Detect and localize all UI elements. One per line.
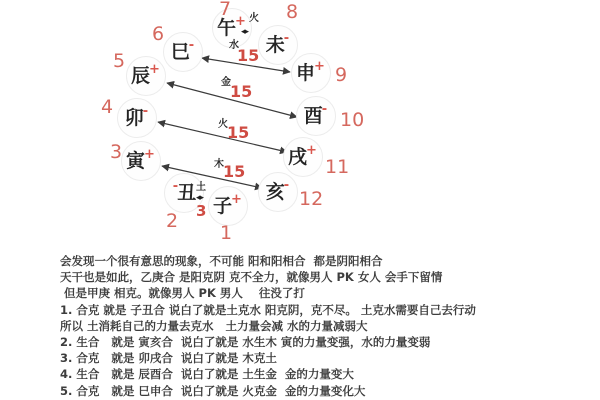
branch-sign-wu: + bbox=[235, 15, 246, 28]
note-line-8: 4. 生合 就是 辰酉合 说白了就是 土生金 金的力量变大 bbox=[60, 366, 590, 382]
branch-char-hai: 亥 bbox=[266, 183, 285, 202]
element-label-zi-chou: 土 bbox=[196, 183, 206, 193]
value-label-chen-you: 15 bbox=[230, 84, 252, 100]
branch-number-si: 6 bbox=[152, 25, 164, 44]
branch-number-wei: 8 bbox=[286, 3, 298, 22]
branch-number-shen: 9 bbox=[335, 66, 347, 85]
branch-node-shen: 申+ bbox=[291, 53, 331, 93]
branch-char-chen: 辰 bbox=[131, 67, 150, 86]
value-label-yin-hai: 15 bbox=[223, 164, 245, 180]
note-line-7: 3. 合克 就是 卯戌合 说白了就是 木克土 bbox=[60, 350, 590, 366]
value-label-mao-xu: 15 bbox=[227, 125, 249, 141]
branch-number-zi: 1 bbox=[220, 224, 232, 243]
branch-char-mao: 卯 bbox=[125, 109, 144, 128]
branch-node-chen: 辰+ bbox=[126, 56, 166, 96]
branch-sign-shen: + bbox=[314, 60, 325, 73]
note-line-4: 1. 合克 就是 子丑合 说白了就是土克水 阳克阴，克不尽。 土克水需要自己去行… bbox=[60, 302, 590, 318]
branch-sign-xu: + bbox=[306, 144, 317, 157]
branch-char-shen: 申 bbox=[296, 64, 315, 83]
branch-node-si: 巳- bbox=[163, 32, 203, 72]
note-line-6: 2. 生合 就是 寅亥合 说白了就是 水生木 寅的力量变强，水的力量变弱 bbox=[60, 334, 590, 350]
note-line-5: 所以 土消耗自己的力量去克水 土力量会减 水的力量减弱大 bbox=[60, 318, 590, 334]
branch-char-zi: 子 bbox=[213, 197, 232, 216]
branch-sign-zi: + bbox=[231, 193, 242, 206]
element-label-wu-wei: 火 bbox=[249, 14, 259, 24]
branch-char-you: 酉 bbox=[304, 107, 323, 126]
branch-char-si: 巳 bbox=[171, 43, 190, 62]
branch-node-hai: 亥- bbox=[258, 172, 298, 212]
branch-node-mao: 卯- bbox=[117, 98, 157, 138]
branch-char-chou: 丑 bbox=[177, 184, 196, 203]
note-line-9: 5. 合克 就是 巳申合 说白了就是 火克金 金的力量变化大 bbox=[60, 383, 590, 399]
branch-sign-yin: + bbox=[144, 148, 155, 161]
mutual-arrow-icon-wu-wei: ◂▸ bbox=[241, 28, 248, 37]
branch-node-you: 酉- bbox=[296, 96, 336, 136]
branch-number-mao: 4 bbox=[101, 98, 113, 117]
branch-node-zi: 子+ bbox=[208, 186, 248, 226]
notes-block: 会发现一个很有意思的现象，不可能 阳和阳相合 都是阴阳相合 天干也是如此，乙庚合… bbox=[60, 253, 590, 399]
branch-char-wei: 未 bbox=[266, 36, 285, 55]
branch-sign-mao: - bbox=[143, 105, 148, 118]
branch-char-wu: 午 bbox=[217, 19, 236, 38]
branch-sign-chen: + bbox=[149, 63, 160, 76]
branch-sign-hai: - bbox=[284, 179, 289, 192]
branch-char-yin: 寅 bbox=[126, 152, 145, 171]
branch-node-xu: 戌+ bbox=[283, 137, 323, 177]
note-line-3: 但是甲庚 相克。就像男人 PK 男人 往没了打 bbox=[60, 285, 590, 301]
branch-node-wei: 未- bbox=[258, 25, 298, 65]
branch-sign-you: - bbox=[322, 103, 327, 116]
note-line-1: 会发现一个很有意思的现象，不可能 阳和阳相合 都是阴阳相合 bbox=[60, 253, 590, 269]
six-combinations-diagram: 子+ -丑 寅+ 卯- 辰+ 巳- 午+ 未- 申+ 酉- 戌+ bbox=[0, 0, 600, 250]
note-line-2: 天干也是如此，乙庚合 是阳克阴 克不全力，就像男人 PK 女人 会手下留情 bbox=[60, 269, 590, 285]
value-label-zi-chou: 3 bbox=[196, 204, 206, 219]
value-label-si-shen: 15 bbox=[237, 48, 259, 64]
branch-number-yin: 3 bbox=[110, 143, 122, 162]
branch-number-chen: 5 bbox=[113, 52, 125, 71]
branch-number-you: 10 bbox=[340, 111, 364, 130]
branch-number-hai: 12 bbox=[299, 190, 323, 209]
branch-sign-chou: - bbox=[173, 180, 178, 193]
branch-node-yin: 寅+ bbox=[121, 141, 161, 181]
branch-sign-si: - bbox=[189, 39, 194, 52]
branch-char-xu: 戌 bbox=[288, 148, 307, 167]
branch-number-wu: 7 bbox=[219, 0, 231, 19]
branch-sign-wei: - bbox=[284, 32, 289, 45]
branch-number-xu: 11 bbox=[325, 158, 349, 177]
page: 子+ -丑 寅+ 卯- 辰+ 巳- 午+ 未- 申+ 酉- 戌+ bbox=[0, 0, 600, 400]
branch-number-chou: 2 bbox=[166, 212, 178, 231]
